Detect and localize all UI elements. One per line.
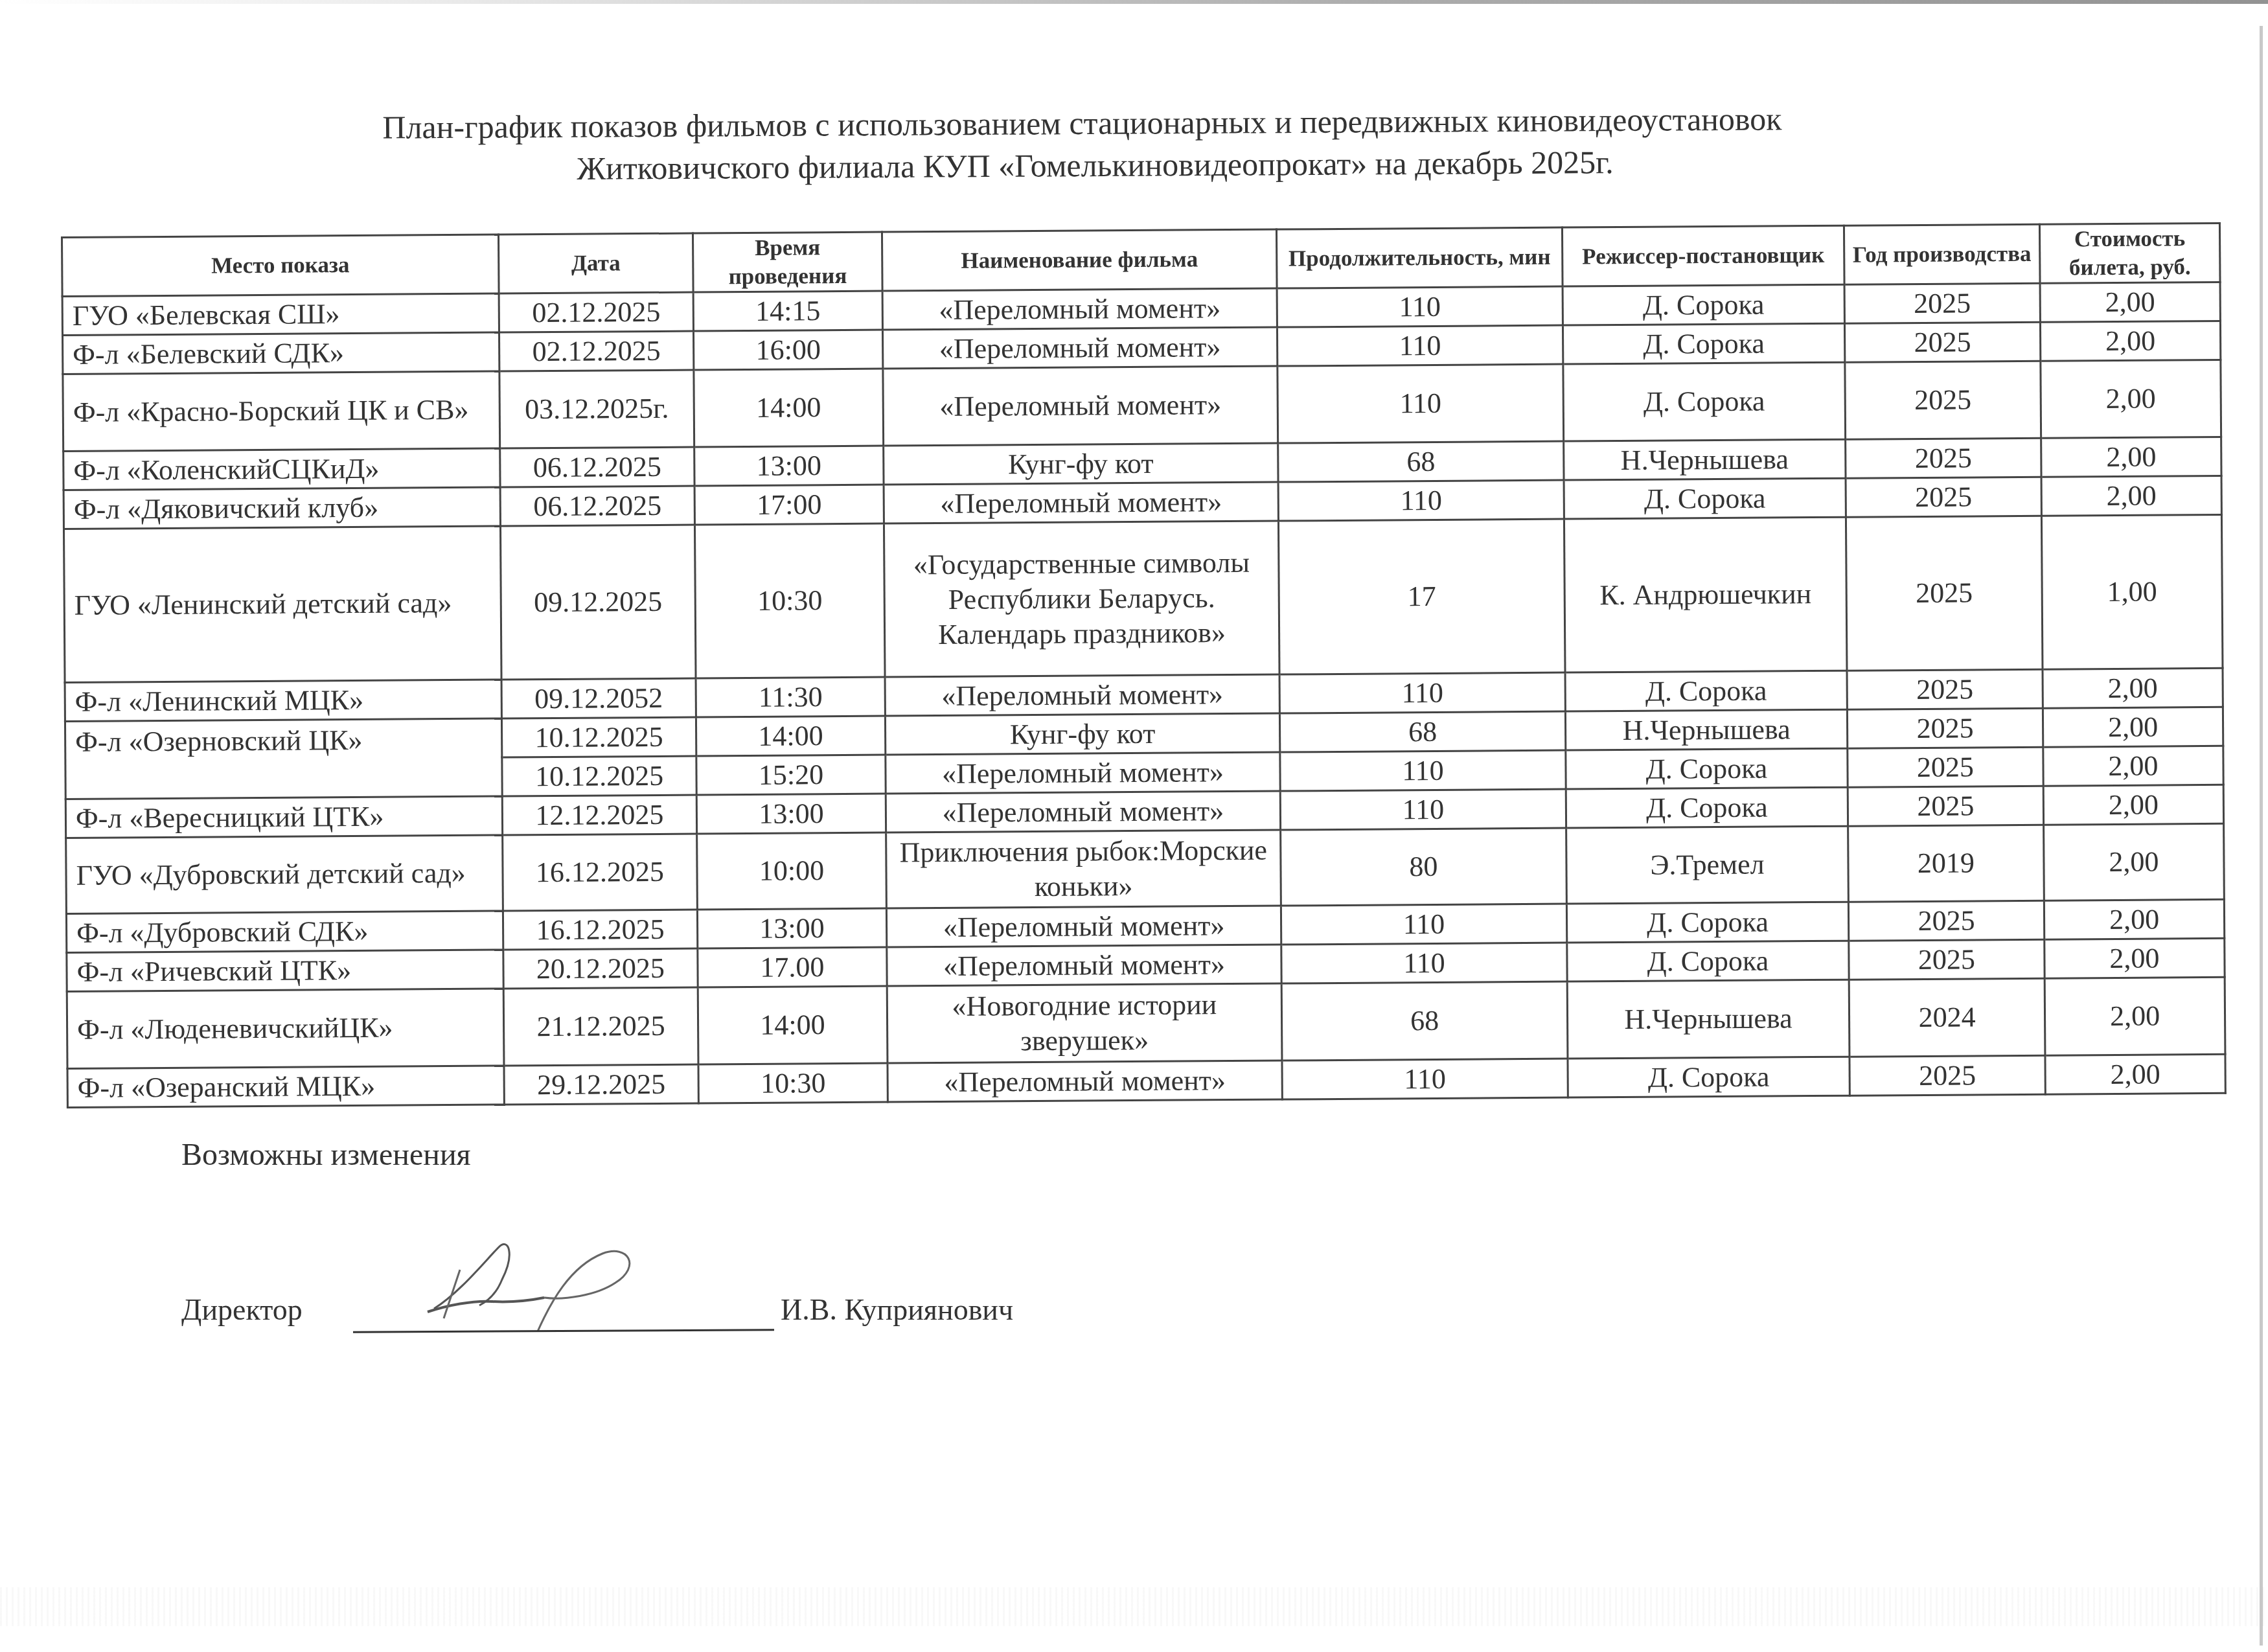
- cell-price: 2,00: [2040, 321, 2220, 361]
- cell-price: 2,00: [2043, 785, 2223, 825]
- cell-price: 2,00: [2044, 899, 2224, 939]
- cell-date: 06.12.2025: [500, 447, 694, 487]
- cell-price: 2,00: [2041, 476, 2221, 516]
- cell-year: 2019: [1848, 825, 2045, 902]
- cell-film: «Переломный момент»: [882, 327, 1277, 369]
- cell-director: Н.Чернышева: [1564, 439, 1846, 480]
- cell-duration: 110: [1281, 904, 1566, 945]
- cell-time: 15:20: [696, 755, 886, 795]
- cell-place: Ф-л «Дубровский СДК»: [66, 911, 503, 952]
- cell-duration: 110: [1278, 480, 1564, 521]
- cell-film: «Переломный момент»: [884, 482, 1278, 523]
- cell-duration: 68: [1279, 711, 1565, 752]
- cell-year: 2025: [1844, 322, 2040, 362]
- cell-place: Ф-л «Ричевский ЦТК»: [67, 950, 503, 991]
- cell-price: 2,00: [2040, 282, 2220, 322]
- cell-date: 12.12.2025: [502, 795, 696, 835]
- cell-year: 2025: [1850, 1055, 2045, 1096]
- cell-place: Ф-л «Дяковичский клуб»: [63, 487, 500, 529]
- cell-price: 2,00: [2043, 746, 2223, 786]
- cell-price: 2,00: [2045, 977, 2225, 1055]
- cell-date: 16.12.2025: [503, 910, 697, 950]
- cell-price: 2,00: [2043, 668, 2223, 708]
- header-place: Место показа: [62, 235, 499, 296]
- cell-duration: 110: [1281, 943, 1567, 983]
- cell-time: 14:00: [694, 369, 884, 447]
- cell-time: 16:00: [693, 330, 882, 370]
- cell-film: «Переломный момент»: [883, 366, 1278, 446]
- cell-duration: 110: [1277, 286, 1563, 327]
- scan-edge-artifact: [0, 0, 2268, 4]
- cell-date: 16.12.2025: [503, 834, 698, 911]
- header-director: Режиссер-постановщик: [1562, 225, 1844, 286]
- cell-date: 02.12.2025: [499, 331, 693, 371]
- signature-line: [353, 1329, 774, 1333]
- cell-price: 2,00: [2043, 707, 2223, 747]
- cell-year: 2025: [1844, 283, 2040, 323]
- cell-date: 10.12.2025: [502, 756, 696, 796]
- cell-year: 2025: [1848, 747, 2043, 787]
- cell-director: Д. Сорока: [1566, 902, 1848, 943]
- cell-time: 13:00: [694, 446, 884, 486]
- cell-film: Кунг-фу кот: [884, 443, 1278, 485]
- cell-place: Ф-л «Белевский СДК»: [63, 332, 499, 374]
- cell-film: «Переломный момент»: [885, 674, 1279, 716]
- cell-director: Д. Сорока: [1563, 323, 1844, 364]
- cell-price: 2,00: [2045, 938, 2225, 978]
- cell-date: 09.12.2025: [500, 525, 696, 680]
- cell-director: Д. Сорока: [1563, 362, 1846, 441]
- cell-place: Ф-л «Вересницкий ЦТК»: [65, 796, 502, 838]
- cell-director: Д. Сорока: [1566, 748, 1848, 789]
- cell-date: 21.12.2025: [503, 987, 698, 1066]
- cell-time: 11:30: [696, 677, 885, 717]
- cell-time: 13:00: [697, 908, 886, 948]
- cell-duration: 110: [1277, 364, 1564, 443]
- cell-film: «Государственные символы Республики Бела…: [884, 521, 1279, 677]
- cell-director: Д. Сорока: [1563, 284, 1844, 325]
- cell-date: 06.12.2025: [500, 486, 694, 526]
- cell-film: Кунг-фу кот: [885, 713, 1279, 755]
- cell-price: 1,00: [2041, 514, 2223, 669]
- cell-place: ГУО «Ленинский детский сад»: [63, 526, 501, 682]
- cell-price: 2,00: [2045, 1054, 2225, 1094]
- cell-duration: 110: [1279, 672, 1565, 713]
- cell-duration: 17: [1278, 519, 1565, 674]
- cell-price: 2,00: [2044, 823, 2225, 901]
- cell-director: Н.Чернышева: [1565, 709, 1847, 750]
- cell-date: 03.12.2025г.: [499, 370, 694, 448]
- cell-time: 13:00: [696, 794, 886, 834]
- cell-date: 20.12.2025: [503, 948, 698, 989]
- cell-year: 2025: [1847, 669, 2043, 709]
- cell-time: 10:00: [697, 832, 887, 910]
- cell-time: 10:30: [694, 523, 885, 678]
- cell-year: 2025: [1846, 438, 2041, 478]
- cell-director: Д. Сорока: [1567, 941, 1849, 981]
- cell-price: 2,00: [2041, 360, 2221, 438]
- cell-film: «Переломный момент»: [887, 945, 1281, 986]
- table-row: Ф-л «Красно-Борский ЦК и СВ»03.12.2025г.…: [63, 360, 2221, 451]
- cell-duration: 110: [1280, 750, 1566, 791]
- cell-place: Ф-л «Красно-Борский ЦК и СВ»: [63, 371, 500, 451]
- cell-time: 17.00: [698, 947, 887, 987]
- schedule-table-container: Место показа Дата Время проведения Наиме…: [61, 222, 2225, 1108]
- cell-director: Д. Сорока: [1565, 671, 1847, 711]
- signer-role: Директор: [181, 1292, 303, 1327]
- cell-place: ГУО «Дубровский детский сад»: [66, 835, 503, 913]
- cell-director: Д. Сорока: [1564, 478, 1846, 519]
- cell-time: 14:00: [696, 716, 885, 756]
- cell-date: 02.12.2025: [499, 292, 693, 332]
- cell-date: 10.12.2025: [501, 717, 696, 757]
- cell-date: 29.12.2025: [504, 1064, 698, 1105]
- cell-director: Н.Чернышева: [1567, 980, 1850, 1059]
- schedule-table: Место показа Дата Время проведения Наиме…: [61, 222, 2227, 1108]
- signer-name: И.В. Куприянович: [781, 1292, 1013, 1327]
- table-row: ГУО «Ленинский детский сад»09.12.202510:…: [63, 514, 2222, 682]
- cell-place: Ф-л «Озерновский ЦК»: [65, 718, 502, 799]
- cell-year: 2025: [1848, 901, 2044, 941]
- cell-year: 2025: [1849, 939, 2045, 980]
- cell-year: 2025: [1846, 477, 2041, 517]
- header-date: Дата: [498, 233, 693, 293]
- changes-note: Возможны изменения: [181, 1137, 471, 1173]
- cell-film: «Переломный момент»: [882, 288, 1277, 330]
- cell-director: Э.Тремел: [1566, 826, 1849, 904]
- cell-duration: 110: [1277, 325, 1563, 366]
- cell-film: «Переломный момент»: [886, 791, 1280, 832]
- cell-film: «Переломный момент»: [888, 1061, 1282, 1102]
- cell-director: Д. Сорока: [1568, 1057, 1850, 1097]
- cell-duration: 68: [1278, 441, 1564, 482]
- cell-place: Ф-л «Озеранский МЦК»: [67, 1066, 504, 1107]
- cell-film: «Переломный момент»: [886, 752, 1280, 794]
- header-film: Наименование фильма: [882, 229, 1277, 291]
- cell-year: 2025: [1845, 361, 2041, 439]
- cell-time: 17:00: [694, 485, 884, 525]
- cell-duration: 68: [1281, 981, 1568, 1061]
- cell-film: «Переломный момент»: [886, 906, 1281, 947]
- table-row: ГУО «Дубровский детский сад»16.12.202510…: [66, 823, 2225, 913]
- cell-time: 14:00: [698, 986, 888, 1064]
- cell-date: 09.12.2052: [501, 678, 696, 718]
- cell-time: 14:15: [693, 291, 882, 331]
- cell-film: Приключения рыбок:Морские коньки»: [886, 830, 1281, 908]
- table-body: ГУО «Белевская СШ»02.12.202514:15«Перело…: [62, 282, 2225, 1107]
- cell-director: Д. Сорока: [1566, 787, 1848, 828]
- header-year: Год производства: [1844, 224, 2040, 284]
- cell-duration: 110: [1282, 1059, 1568, 1099]
- cell-duration: 110: [1280, 789, 1566, 830]
- cell-director: К. Андрюшечкин: [1564, 517, 1847, 672]
- signature-block: Директор И.В. Куприянович: [181, 1292, 1088, 1344]
- cell-year: 2025: [1848, 786, 2043, 826]
- cell-year: 2025: [1847, 708, 2043, 748]
- cell-time: 10:30: [698, 1063, 888, 1103]
- cell-duration: 80: [1281, 828, 1567, 906]
- header-time: Время проведения: [693, 232, 882, 292]
- cell-price: 2,00: [2041, 437, 2221, 477]
- cell-place: Ф-л «ЛюденевичскийЦК»: [67, 989, 504, 1068]
- scan-edge-artifact: [2260, 26, 2263, 1646]
- cell-film: «Новогодние истории зверушек»: [887, 983, 1282, 1063]
- scan-noise-artifact: [0, 1587, 2268, 1626]
- header-price: Стоимость билета, руб.: [2039, 223, 2220, 283]
- cell-year: 2025: [1846, 516, 2043, 671]
- table-row: Ф-л «ЛюденевичскийЦК»21.12.202514:00«Нов…: [67, 977, 2225, 1068]
- cell-place: ГУО «Белевская СШ»: [62, 293, 499, 335]
- cell-place: Ф-л «Ленинский МЦК»: [65, 680, 501, 721]
- cell-year: 2024: [1849, 978, 2045, 1057]
- cell-place: Ф-л «КоленскийСЦКиД»: [63, 448, 500, 490]
- header-duration: Продолжительность, мин: [1276, 227, 1563, 288]
